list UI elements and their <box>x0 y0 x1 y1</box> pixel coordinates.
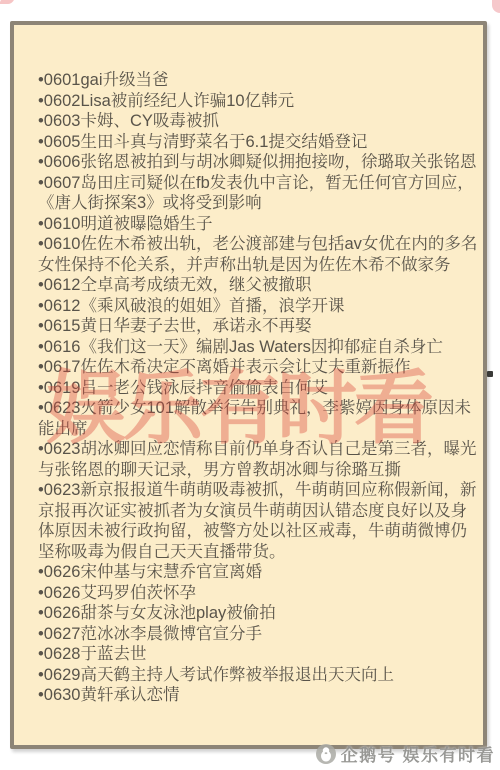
news-item: •0628于蓝去世 <box>38 644 479 665</box>
news-item: •0630黄轩承认恋情 <box>38 685 479 706</box>
news-item: •0615黄日华妻子去世，承诺永不再娶 <box>38 316 479 337</box>
bottom-watermark: 企鹅号 娱乐有时看 <box>316 741 495 766</box>
news-item: •0623火箭少女101解散举行告别典礼，李紫婷因身体原因未能出席 <box>38 398 479 439</box>
corner-smudge-left <box>0 0 14 4</box>
news-item: •0612仝卓高考成绩无效，继父被撤职 <box>38 275 479 296</box>
news-item: •0601gai升级当爸 <box>38 70 479 91</box>
news-item: •0610明道被曝隐婚生子 <box>38 214 479 235</box>
bottom-watermark-label: 企鹅号 娱乐有时看 <box>341 741 495 766</box>
corner-smudge-right <box>492 0 500 13</box>
news-item: •0610佐佐木希被出轨，老公渡部建与包括av女优在内的多名女性保持不伦关系，并… <box>38 234 479 275</box>
news-list: •0601gai升级当爸•0602Lisa被前经纪人诈骗10亿韩元•0603卡姆… <box>38 70 479 706</box>
news-item: •0607岛田庄司疑似在fb发表仇中言论，暂无任何官方回应，《唐人街探案3》或将… <box>38 173 479 214</box>
edge-dot <box>487 371 493 377</box>
news-item: •0602Lisa被前经纪人诈骗10亿韩元 <box>38 91 479 112</box>
news-card: •0601gai升级当爸•0602Lisa被前经纪人诈骗10亿韩元•0603卡姆… <box>10 21 487 749</box>
news-item: •0616《我们这一天》编剧Jas Waters因抑郁症自杀身亡 <box>38 337 479 358</box>
news-item: •0606张铭恩被拍到与胡冰卿疑似拥抱接吻，徐璐取关张铭恩 <box>38 152 479 173</box>
news-item: •0619吕一老公钱泳辰抖音偷偷表白何艾 <box>38 378 479 399</box>
news-item: •0623胡冰卿回应恋情称目前仍单身否认自己是第三者，曝光与张铭恩的聊天记录，男… <box>38 439 479 480</box>
page: •0601gai升级当爸•0602Lisa被前经纪人诈骗10亿韩元•0603卡姆… <box>0 0 500 770</box>
news-item: •0612《乘风破浪的姐姐》首播，浪学开课 <box>38 296 479 317</box>
news-item: •0605生田斗真与清野菜名于6.1提交结婚登记 <box>38 132 479 153</box>
news-item: •0629高天鹤主持人考试作弊被举报退出天天向上 <box>38 665 479 686</box>
news-item: •0626艾玛罗伯茨怀孕 <box>38 583 479 604</box>
news-item: •0617佐佐木希决定不离婚并表示会让丈夫重新振作 <box>38 357 479 378</box>
news-item: •0626宋仲基与宋慧乔官宣离婚 <box>38 562 479 583</box>
news-item: •0627范冰冰李晨微博官宣分手 <box>38 624 479 645</box>
news-item: •0603卡姆、CY吸毒被抓 <box>38 111 479 132</box>
news-item: •0623新京报报道牛萌萌吸毒被抓，牛萌萌回应称假新闻，新京报再次证实被抓者为女… <box>38 480 479 562</box>
penguin-icon <box>316 744 336 764</box>
news-item: •0626甜茶与女友泳池play被偷拍 <box>38 603 479 624</box>
